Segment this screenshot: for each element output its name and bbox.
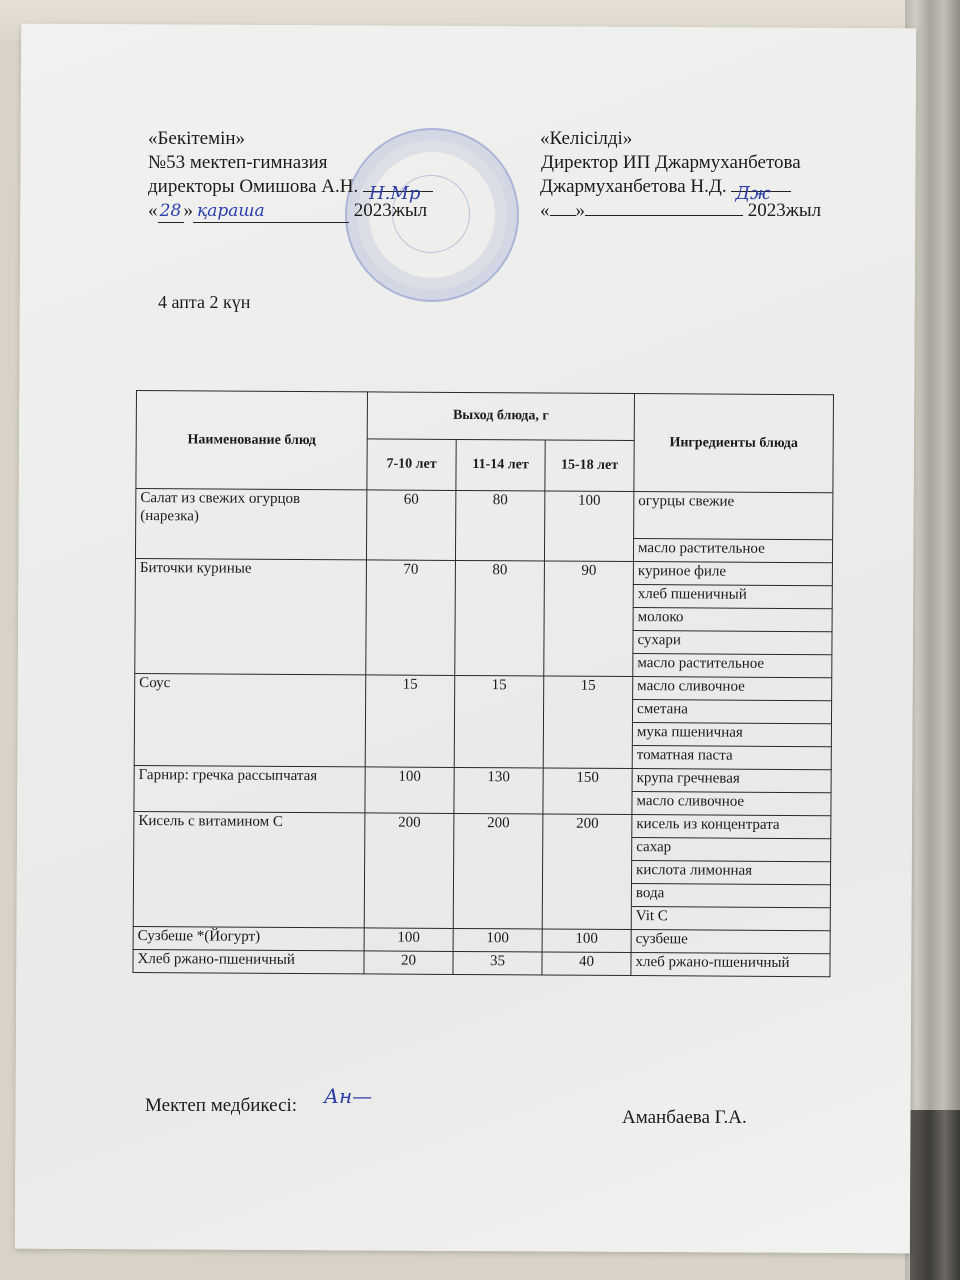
yield-cell: 130	[454, 767, 543, 814]
dish-name-cell: Биточки куриные	[135, 558, 367, 674]
dish-name-cell: Хлеб ржано-пшеничный	[133, 949, 364, 973]
ingredient-cell: вода	[631, 884, 830, 908]
header-age-7-10: 7-10 лет	[367, 439, 456, 491]
date-year-right: 2023жыл	[748, 200, 821, 221]
ingredient-cell: Vit C	[631, 907, 830, 931]
ingredient-cell: кисель из концентрата	[632, 815, 831, 839]
nurse-label: Мектеп медбикесі:	[145, 1095, 297, 1116]
yield-cell: 40	[542, 952, 631, 976]
ingredient-cell: крупа гречневая	[632, 769, 831, 793]
dish-name-cell: Кисель с витамином С	[133, 811, 365, 927]
nurse-signature: Ан—	[324, 1084, 372, 1108]
yield-cell: 100	[365, 767, 454, 814]
yield-cell: 200	[453, 813, 543, 929]
yield-cell: 80	[455, 490, 544, 561]
approval-title: «Бекітемін»	[148, 128, 245, 150]
ingredient-cell: сузбеше	[631, 930, 830, 954]
yield-cell: 15	[365, 675, 455, 768]
quote-open: «	[148, 200, 158, 221]
ingredient-cell: кислота лимонная	[631, 861, 830, 885]
table-row: Гарнир: гречка рассыпчатая100130150крупа…	[134, 765, 831, 792]
week-day-label: 4 апта 2 күн	[158, 291, 250, 313]
date-month-right	[585, 215, 743, 216]
ingredient-cell: куриное филе	[633, 562, 832, 586]
yield-cell: 15	[543, 676, 633, 769]
metal-tray-shadow	[910, 1110, 960, 1280]
ingredient-cell: сахар	[632, 838, 831, 862]
signature-line-right: Дж	[731, 191, 791, 192]
signature-line-left: Н.Мр	[363, 191, 433, 192]
menu-table: Наименование блюд Выход блюда, г Ингреди…	[132, 390, 834, 977]
yield-cell: 35	[453, 951, 542, 975]
header-age-11-14: 11-14 лет	[456, 439, 545, 491]
yield-cell: 100	[364, 928, 453, 952]
agreed-title: «Келісілді»	[540, 128, 632, 150]
nurse-signature-line: Мектеп медбикесі: Ан—	[145, 1093, 350, 1117]
table-row: Биточки куриные708090куриное филе	[135, 558, 832, 585]
director-name-left: директоры Омишова А.Н.	[148, 176, 358, 197]
quote-open: «	[540, 200, 550, 221]
table-row: Хлеб ржано-пшеничный203540хлеб ржано-пше…	[133, 949, 830, 976]
quote-close: »	[184, 200, 194, 221]
approval-date-right: «» 2023жыл	[540, 200, 821, 222]
header-ingredients: Ингредиенты блюда	[634, 394, 834, 493]
dish-name-cell: Гарнир: гречка рассыпчатая	[134, 765, 365, 812]
yield-cell: 100	[453, 928, 542, 952]
director-name-right: Джармуханбетова Н.Д.	[540, 176, 727, 197]
yield-cell: 150	[543, 768, 632, 815]
table-row: Салат из свежих огурцов (нарезка)6080100…	[136, 489, 833, 540]
ingredient-cell: масло сливочное	[633, 677, 832, 701]
director-title-right: Директор ИП Джармуханбетова	[541, 152, 801, 174]
dish-name-cell: Сузбеше *(Йогурт)	[133, 926, 364, 950]
yield-cell: 15	[454, 675, 544, 768]
header-age-15-18: 15-18 лет	[545, 440, 634, 492]
ingredient-cell: сухари	[633, 631, 832, 655]
header-dish-name: Наименование блюд	[136, 391, 368, 490]
ingredient-cell: масло растительное	[633, 539, 832, 563]
ingredient-cell: молоко	[633, 608, 832, 632]
ingredient-cell: хлеб пшеничный	[633, 585, 832, 609]
date-day-left: 28	[158, 200, 184, 223]
date-year-left: 2023жыл	[354, 200, 427, 221]
yield-cell: 200	[542, 814, 632, 930]
ingredient-cell: масло растительное	[633, 654, 832, 678]
date-day-right	[550, 215, 576, 216]
ingredient-cell: огурцы свежие	[634, 492, 833, 540]
ingredient-cell: сметана	[632, 700, 831, 724]
table-row: Соус151515масло сливочное	[135, 673, 832, 700]
yield-cell: 80	[455, 560, 545, 676]
yield-cell: 100	[544, 491, 633, 562]
director-line-right: Джармуханбетова Н.Д. Дж	[540, 176, 791, 198]
quote-close: »	[576, 200, 586, 221]
yield-cell: 70	[366, 560, 456, 676]
header-yield: Выход блюда, г	[367, 392, 634, 441]
yield-cell: 90	[544, 561, 634, 677]
yield-cell: 60	[366, 490, 455, 561]
director-line: директоры Омишова А.Н. Н.Мр	[148, 176, 433, 198]
ingredient-cell: хлеб ржано-пшеничный	[631, 953, 830, 977]
table-row: Кисель с витамином С200200200кисель из к…	[134, 811, 831, 838]
dish-name-cell: Соус	[134, 673, 366, 766]
school-name: №53 мектеп-гимназия	[148, 152, 328, 174]
ingredient-cell: томатная паста	[632, 746, 831, 770]
yield-cell: 200	[364, 813, 454, 929]
yield-cell: 100	[542, 929, 631, 953]
menu-table-body: Салат из свежих огурцов (нарезка)6080100…	[133, 489, 833, 977]
nurse-name: Аманбаева Г.А.	[622, 1107, 747, 1129]
ingredient-cell: масло сливочное	[632, 792, 831, 816]
ingredient-cell: мука пшеничная	[632, 723, 831, 747]
date-month-left: қараша	[193, 200, 349, 223]
dish-name-cell: Салат из свежих огурцов (нарезка)	[135, 489, 366, 560]
approval-date-left: «28»қараша 2023жыл	[148, 200, 427, 223]
yield-cell: 20	[364, 951, 453, 975]
